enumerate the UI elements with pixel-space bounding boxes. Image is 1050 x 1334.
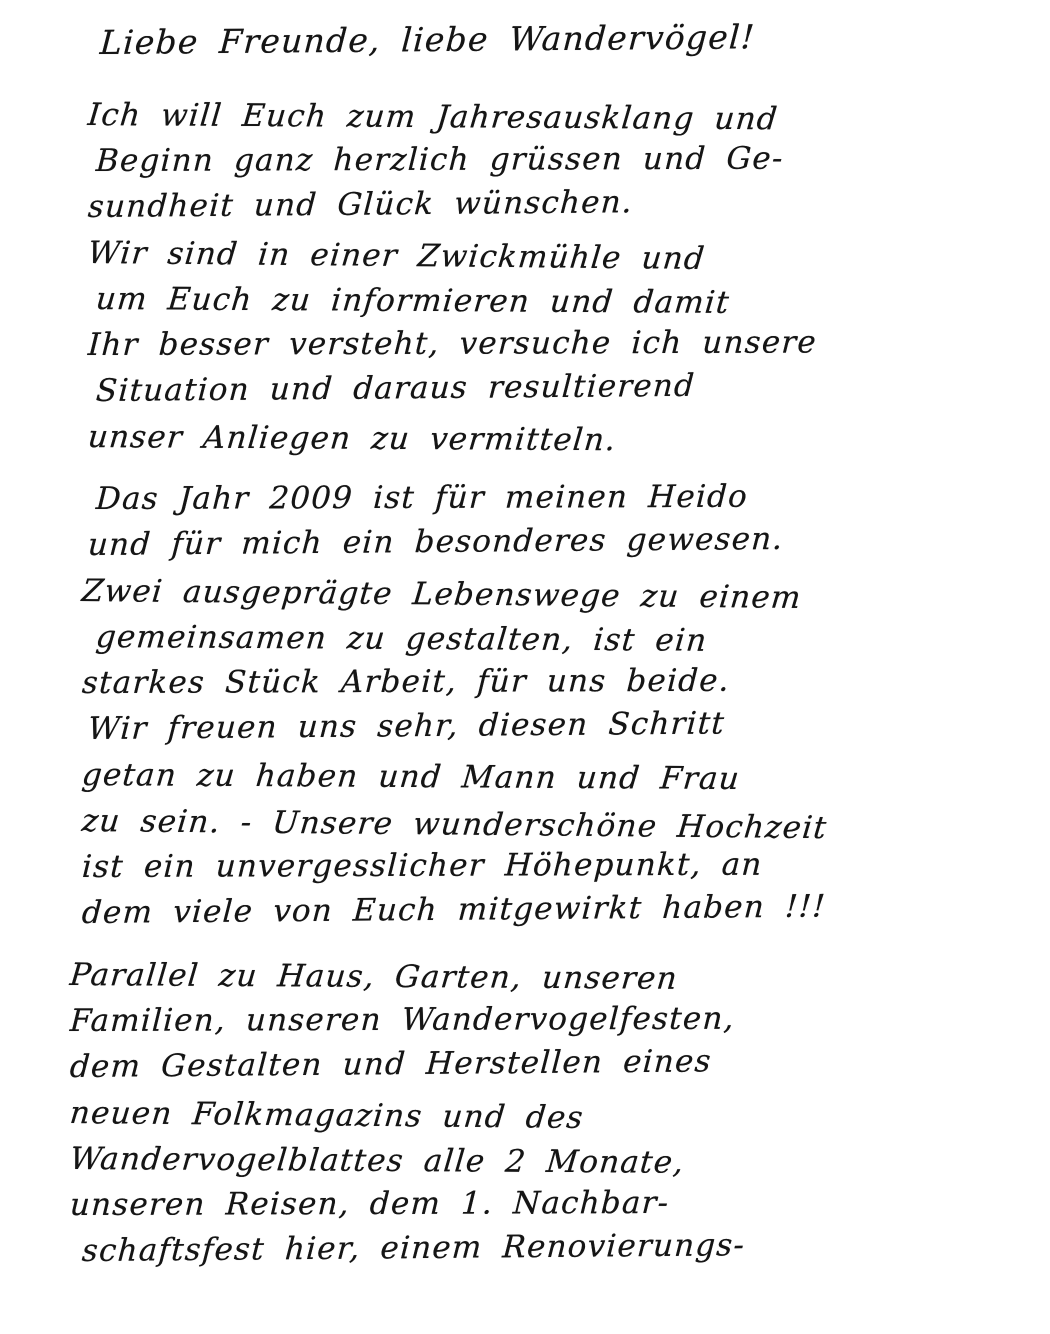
letter-line: dem viele von Euch mitgewirkt haben !!!	[81, 882, 1012, 936]
letter-salutation: Liebe Freunde, liebe Wandervögel!	[78, 20, 1010, 66]
letter-line: Liebe Freunde, liebe Wandervögel!	[99, 12, 1012, 66]
handwritten-letter-page: Liebe Freunde, liebe Wandervögel! Ich wi…	[0, 0, 1050, 1334]
letter-line: sundheit und Glück wünschen.	[87, 176, 1012, 230]
letter-line: getan zu haben und Mann und Frau	[80, 752, 1012, 804]
letter-line: dem Gestalten und Herstellen eines	[69, 1036, 1012, 1090]
letter-line: schaftsfest hier, einem Renovierungs-	[81, 1220, 1012, 1274]
letter-line: und für mich ein besonderes gewesen.	[87, 514, 1012, 568]
letter-paragraph-2: Das Jahr 2009 ist für meinen Heido und f…	[78, 476, 1010, 936]
letter-paragraph-3: Parallel zu Haus, Garten, unseren Famili…	[78, 952, 1010, 1274]
letter-paragraph-1: Ich will Euch zum Jahresausklang und Beg…	[78, 92, 1010, 460]
letter-line: Wir freuen uns sehr, diesen Schritt	[87, 698, 1012, 752]
letter-line: unser Anliegen zu vermitteln.	[86, 414, 1012, 466]
letter-line: Situation und daraus resultierend	[95, 360, 1012, 414]
